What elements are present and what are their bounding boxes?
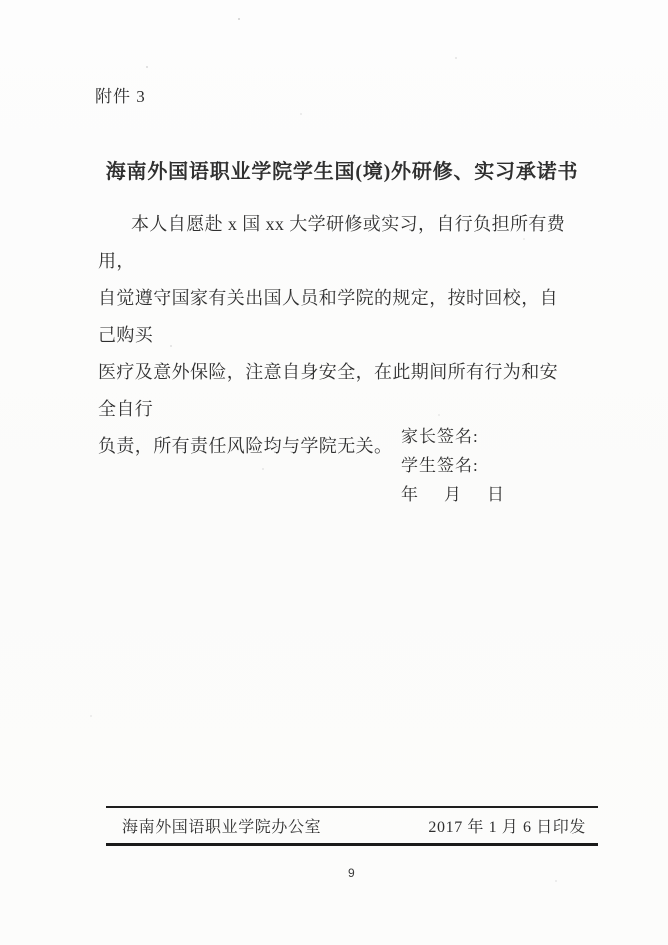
footer-row: 海南外国语职业学院办公室 2017 年 1 月 6 日印发 (122, 814, 586, 837)
scan-noise-specks (0, 0, 2, 2)
footer: 海南外国语职业学院办公室 2017 年 1 月 6 日印发 (106, 806, 598, 846)
document-title: 海南外国语职业学院学生国(境)外研修、实习承诺书 (0, 155, 668, 184)
body-line: 本人自愿赴 x 国 xx 大学研修或实习，自行负担所有费用， (98, 206, 576, 280)
body-line: 自觉遵守国家有关出国人员和学院的规定，按时回校，自己购买 (98, 280, 576, 354)
print-date-label: 2017 年 1 月 6 日印发 (428, 814, 586, 837)
student-signature-label: 学生签名: (401, 451, 505, 480)
date-month-label: 月 (444, 480, 462, 509)
page-number: 9 (348, 866, 355, 880)
signature-block: 家长签名: 学生签名: 年 月 日 (401, 422, 505, 509)
date-day-label: 日 (487, 480, 505, 509)
body-line: 医疗及意外保险，注意自身安全，在此期间所有行为和安全自行 (98, 354, 576, 428)
issuing-office-label: 海南外国语职业学院办公室 (122, 814, 321, 837)
date-line: 年 月 日 (401, 480, 505, 509)
date-year-label: 年 (401, 480, 419, 509)
parent-signature-label: 家长签名: (401, 422, 505, 451)
scanned-document-page: 附件 3 海南外国语职业学院学生国(境)外研修、实习承诺书 本人自愿赴 x 国 … (0, 0, 668, 945)
attachment-label: 附件 3 (95, 82, 146, 107)
